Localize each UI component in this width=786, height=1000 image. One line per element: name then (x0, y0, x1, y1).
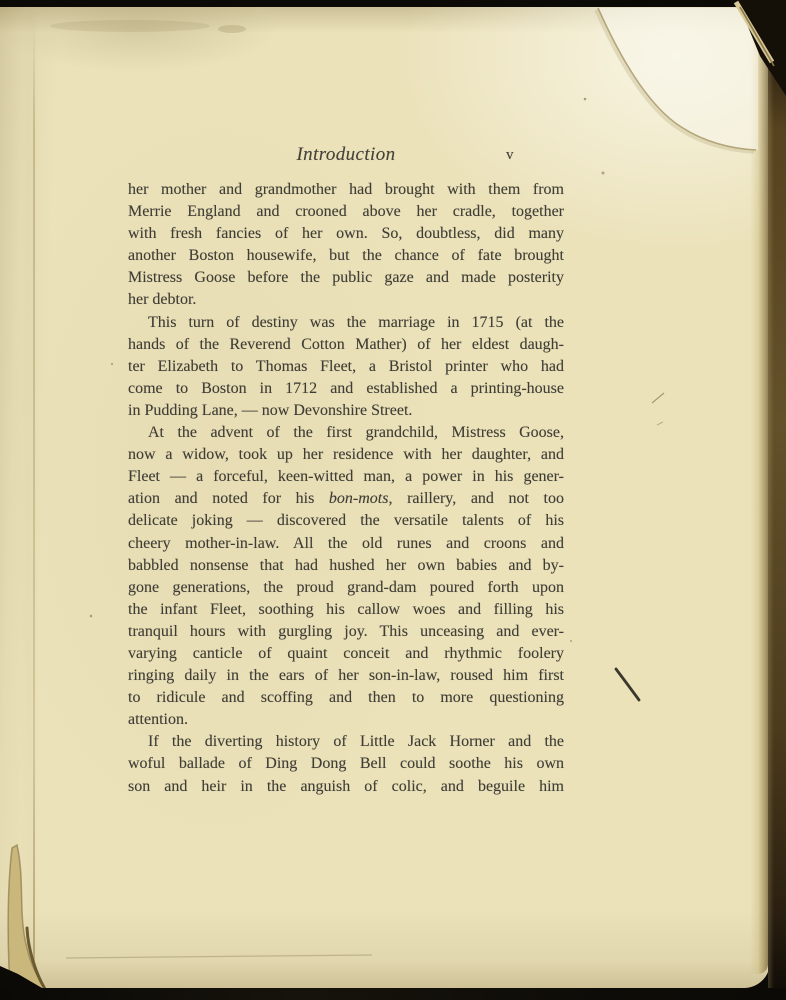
text-line: delicate joking — discovered the versati… (128, 510, 564, 532)
text-line: At the advent of the first grandchild, M… (128, 422, 564, 444)
text-line: tranquil hours with gurgling joy. This u… (128, 621, 564, 643)
page-number: v (506, 147, 514, 164)
text-line: ter Elizabeth to Thomas Fleet, a Bristol… (128, 356, 564, 378)
running-title: Introduction (128, 144, 564, 166)
text-line: her mother and grandmother had brought w… (128, 179, 564, 201)
text-line: cheery mother-in-law. All the old runes … (128, 533, 564, 555)
text-line: Fleet — a forceful, keen-witted man, a p… (128, 466, 564, 488)
text-line: If the diverting history of Little Jack … (128, 731, 564, 753)
text-line: her debtor. (128, 289, 564, 311)
text-line: attention. (128, 709, 564, 731)
text-line: to ridicule and scoffing and then to mor… (128, 687, 564, 709)
text-line: in Pudding Lane, — now Devonshire Street… (128, 400, 564, 422)
text-line: son and heir in the anguish of colic, an… (128, 776, 564, 798)
text-line: the infant Fleet, soothing his callow wo… (128, 599, 564, 621)
text-block: her mother and grandmother had brought w… (128, 179, 564, 798)
text-line: varying canticle of quaint conceit and r… (128, 643, 564, 665)
text-line: hands of the Reverend Cotton Mather) of … (128, 334, 564, 356)
text-line: This turn of destiny was the marriage in… (128, 312, 564, 334)
text-line: now a widow, took up her residence with … (128, 444, 564, 466)
text-line: Merrie England and crooned above her cra… (128, 201, 564, 223)
text-line: Mistress Goose before the public gaze an… (128, 267, 564, 289)
text-line: with fresh fancies of her own. So, doubt… (128, 223, 564, 245)
book-page: Introduction v her mother and grandmothe… (0, 7, 770, 988)
text-line: ation and noted for his bon-mots, raille… (128, 488, 564, 510)
text-line: gone generations, the proud grand-dam po… (128, 577, 564, 599)
text-line: woful ballade of Ding Dong Bell could so… (128, 753, 564, 775)
text-line: babbled nonsense that had hushed her own… (128, 555, 564, 577)
text-line: another Boston housewife, but the chance… (128, 245, 564, 267)
scan-band-top (0, 0, 786, 9)
page-header: Introduction v (128, 144, 564, 168)
page-stack-edge (750, 12, 768, 974)
scan-band-bottom (0, 988, 786, 1000)
text-line: come to Boston in 1712 and established a… (128, 378, 564, 400)
page-crease-left (33, 14, 35, 992)
book-edge-right (768, 0, 786, 1000)
book-scan: Introduction v her mother and grandmothe… (0, 0, 786, 1000)
text-line: ringing daily in the ears of her son-in-… (128, 665, 564, 687)
